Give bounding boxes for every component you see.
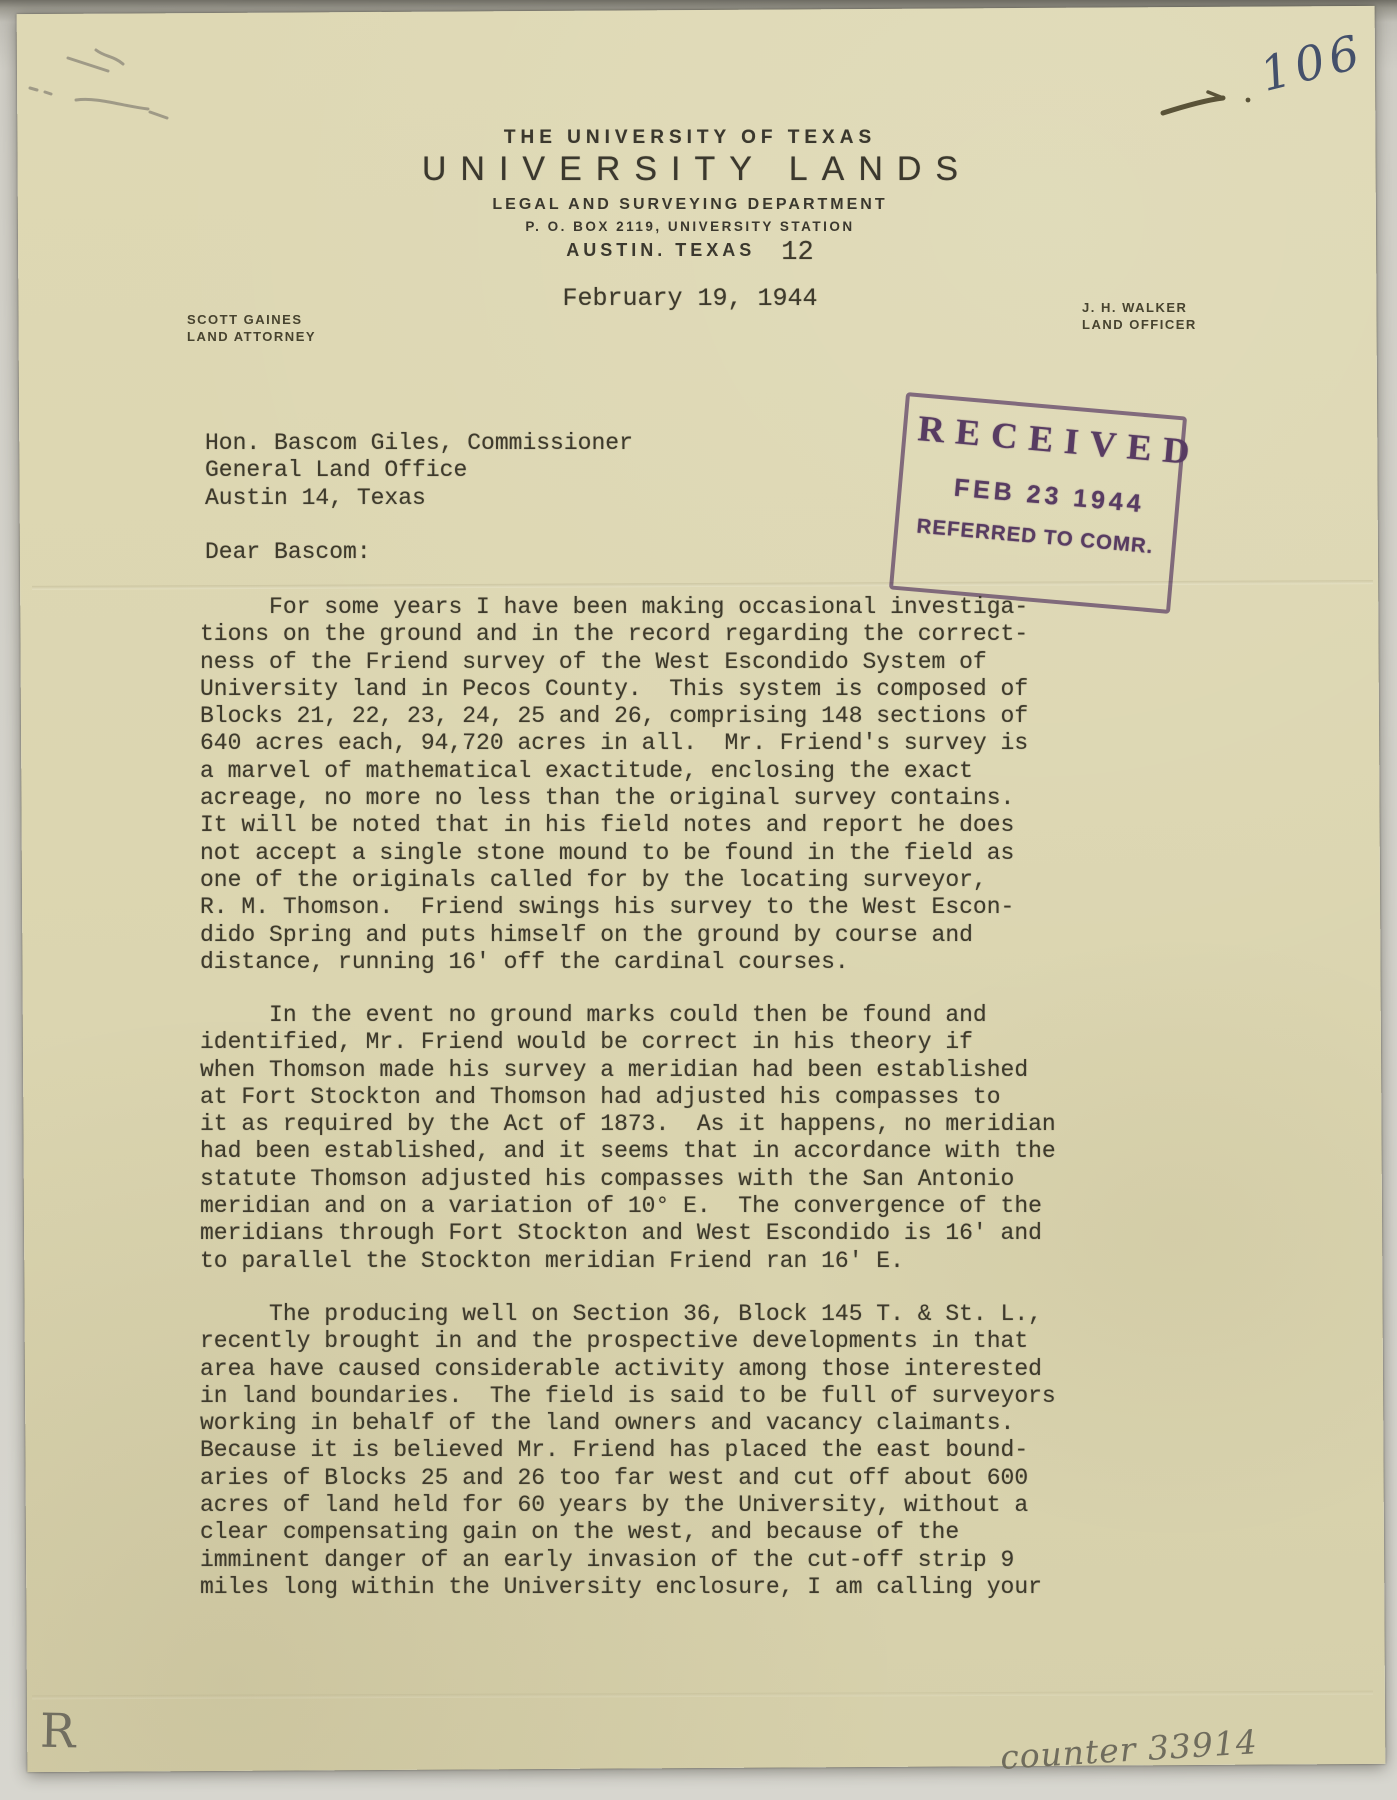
scanned-letter-page: 106 THE UNIVERSITY OF TEXAS UNIVERSITY L… bbox=[0, 0, 1397, 1800]
date-line: February 19, 1944 bbox=[0, 284, 1380, 313]
received-stamp-date: FEB 23 1944 bbox=[901, 469, 1176, 522]
fold-crease-bottom bbox=[32, 1691, 1373, 1700]
letter-content: 106 THE UNIVERSITY OF TEXAS UNIVERSITY L… bbox=[0, 0, 1397, 1800]
letterhead-postal-zone: 12 bbox=[781, 238, 813, 268]
handwritten-counter-note: counter 33914 bbox=[999, 1722, 1259, 1777]
received-stamp: RECEIVED FEB 23 1944 REFERRED TO COMR. bbox=[889, 392, 1187, 614]
letterhead-city: AUSTIN. TEXAS bbox=[566, 240, 755, 260]
salutation: Dear Bascom: bbox=[205, 539, 371, 565]
letterhead-institution: THE UNIVERSITY OF TEXAS bbox=[0, 127, 1380, 149]
letterhead-department: UNIVERSITY LANDS bbox=[0, 150, 1380, 189]
received-stamp-referred: REFERRED TO COMR. bbox=[898, 513, 1173, 561]
body-paragraph-3: The producing well on Section 36, Block … bbox=[200, 1301, 1056, 1601]
recipient-address: Hon. Bascom Giles, Commissioner General … bbox=[205, 430, 633, 512]
pencil-scribbles bbox=[30, 50, 167, 118]
officer-right-title: LAND OFFICER bbox=[1082, 316, 1197, 333]
received-stamp-word: RECEIVED bbox=[905, 407, 1182, 473]
letterhead-po-box: P. O. BOX 2119, UNIVERSITY STATION bbox=[0, 219, 1380, 234]
letterhead-division: LEGAL AND SURVEYING DEPARTMENT bbox=[0, 196, 1380, 214]
officer-left-name: SCOTT GAINES bbox=[187, 311, 316, 328]
body-paragraph-2: In the event no ground marks could then … bbox=[200, 1002, 1056, 1275]
body-paragraph-1: For some years I have been making occasi… bbox=[200, 594, 1028, 976]
officer-left-block: SCOTT GAINES LAND ATTORNEY bbox=[187, 311, 316, 345]
handwritten-page-number: 106 bbox=[1255, 24, 1370, 103]
letterhead-city-line: AUSTIN. TEXAS12 bbox=[0, 238, 1380, 268]
pencil-initial: R bbox=[40, 1704, 76, 1760]
pen-dash-mark bbox=[1163, 92, 1250, 113]
officer-left-title: LAND ATTORNEY bbox=[187, 328, 316, 345]
